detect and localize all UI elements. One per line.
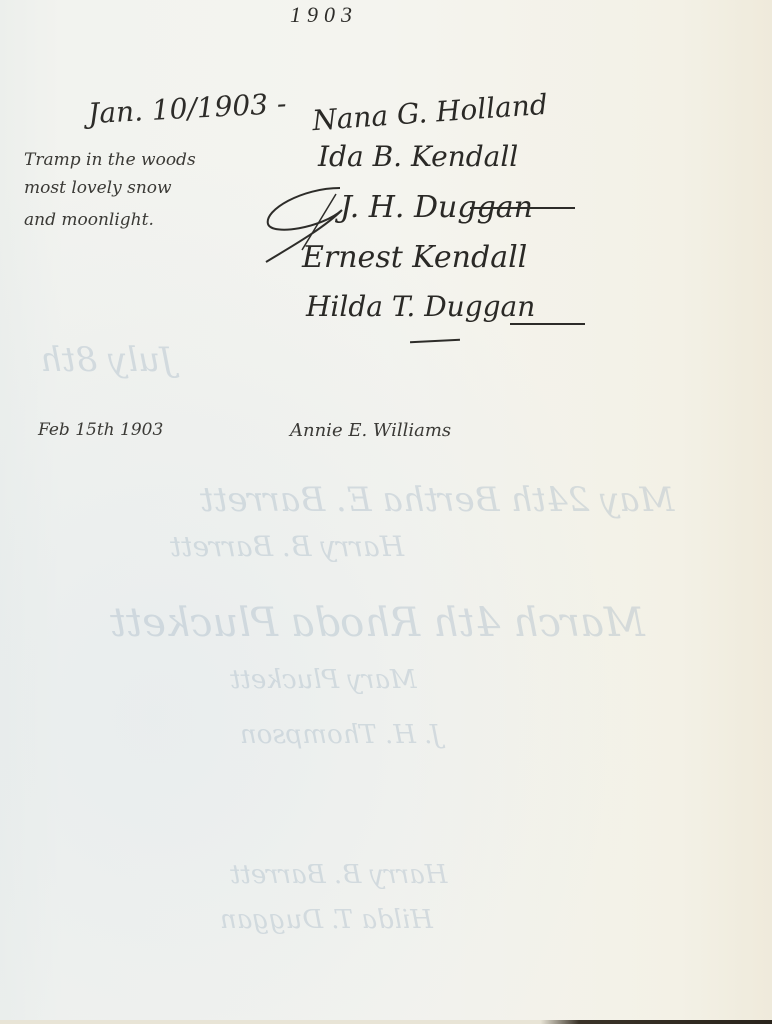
- signature: Ernest Kendall: [302, 240, 527, 275]
- bleed-through-text: May 24th Bertha E. Barrett: [200, 480, 674, 520]
- entry-note-line: most lovely snow: [24, 178, 172, 198]
- signature: Ida B. Kendall: [318, 140, 518, 173]
- bleed-through-text: J. H. Thompson: [240, 720, 441, 750]
- guestbook-page: July 8th May 24th Bertha E. Barrett Harr…: [0, 0, 772, 1024]
- bleed-through-text: Harry B. Barrett: [230, 860, 447, 890]
- signature-rule: [510, 323, 585, 325]
- signature: Nana G. Holland: [311, 88, 549, 137]
- bleed-through-text: Mary Pluckett: [230, 665, 417, 695]
- entry-date: Feb 15th 1903: [38, 420, 163, 440]
- signature: Annie E. Williams: [290, 420, 451, 441]
- bleed-through-text: March 4th Rhoda Pluckett: [110, 600, 645, 646]
- bleed-through-text: Hilda T. Duggan: [220, 905, 433, 935]
- page-year-heading: 1903: [290, 2, 358, 28]
- entry-note-line: and moonlight.: [24, 210, 154, 230]
- signature: Hilda T. Duggan: [306, 290, 535, 323]
- signature-underline: [410, 339, 460, 344]
- bleed-through-text: July 8th: [40, 340, 174, 380]
- entry-note-line: Tramp in the woods: [24, 150, 196, 170]
- signature-rule: [470, 207, 575, 209]
- bleed-through-text: Harry B. Barrett: [170, 530, 404, 563]
- entry-date: Jan. 10/1903 -: [87, 87, 287, 130]
